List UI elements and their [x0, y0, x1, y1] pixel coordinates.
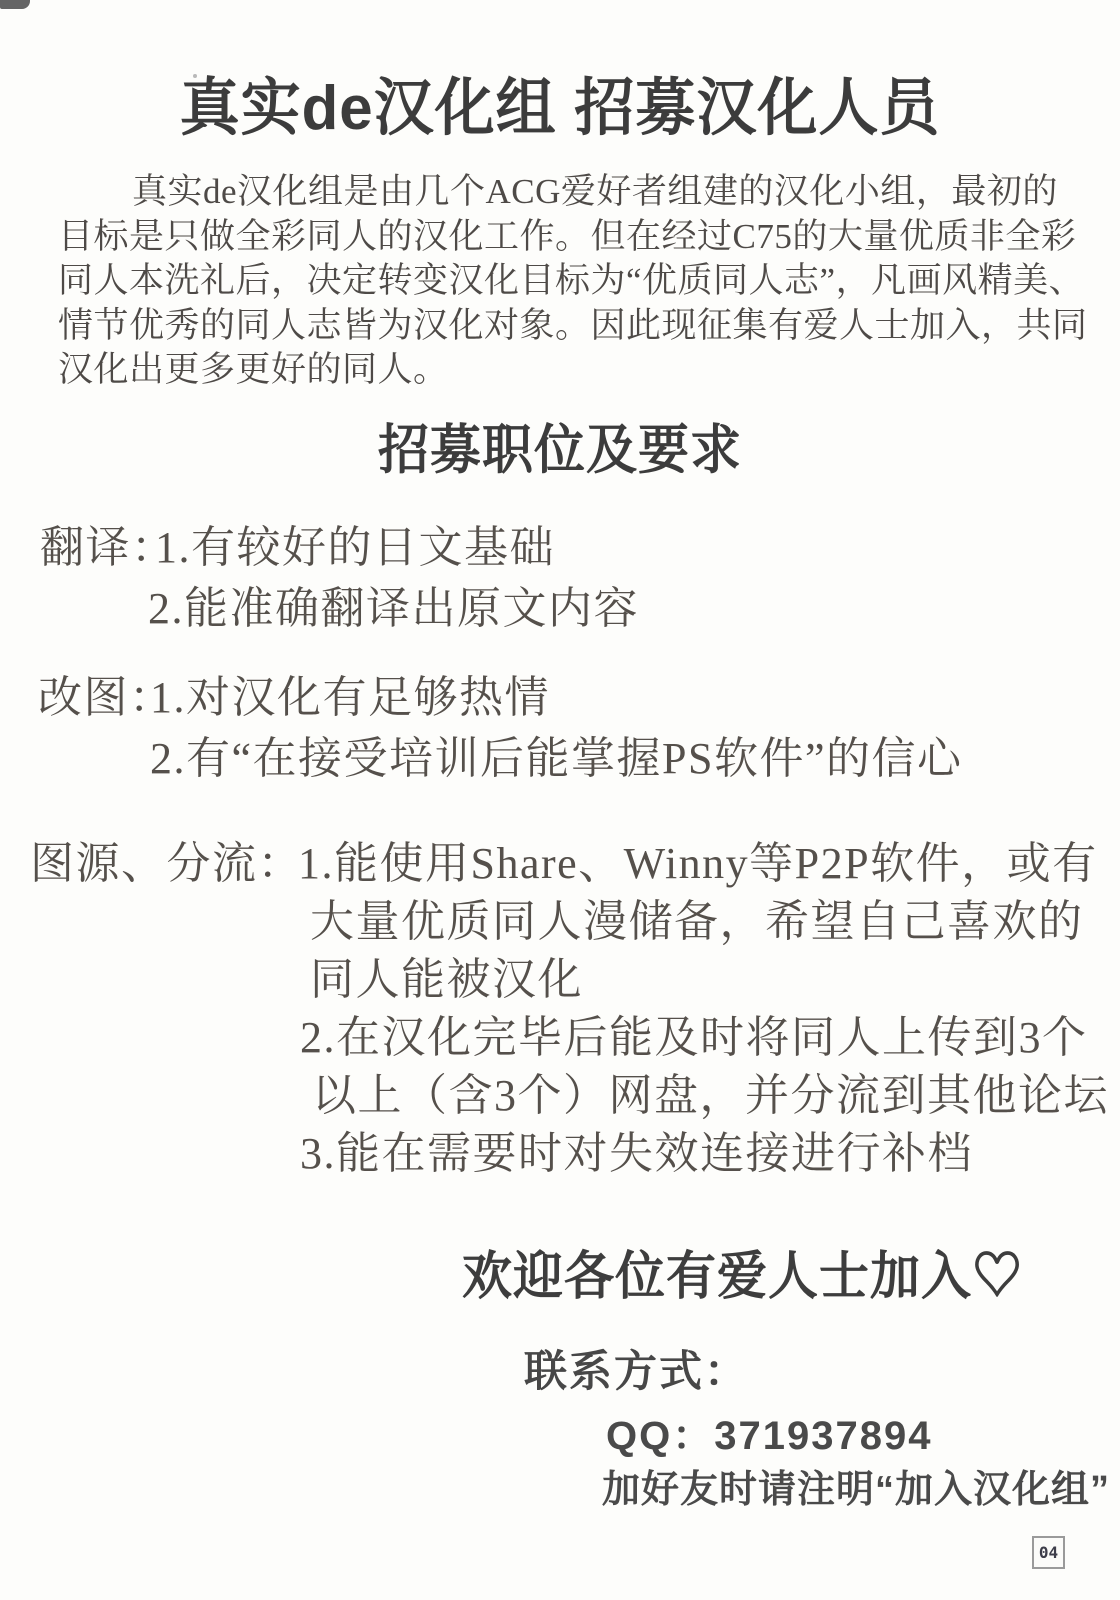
- scan-artifact-smudge: [0, 0, 30, 9]
- intro-line-1: 真实de汉化组是由几个ACG爱好者组建的汉化小组，最初的: [58, 170, 1093, 215]
- role-translator-req-1: 1.有较好的日文基础: [155, 524, 555, 572]
- contact-qq: QQ：371937894: [606, 1404, 932, 1461]
- role-source-req-3: 3.能在需要时对失效连接进行补档: [300, 1130, 973, 1178]
- page-number: 04: [1039, 1543, 1058, 1562]
- contact-note: 加好友时请注明“加入汉化组”: [602, 1458, 1110, 1513]
- scanned-recruitment-page: 真实de汉化组 招募汉化人员 真实de汉化组是由几个ACG爱好者组建的汉化小组，…: [0, 0, 1120, 1600]
- page-title: 真实de汉化组 招募汉化人员: [0, 58, 1120, 147]
- role-translator-req-2: 2.能准确翻译出原文内容: [148, 585, 639, 633]
- intro-line-4: 情节优秀的同人志皆为汉化对象。因此现征集有爱人士加入，共同: [58, 304, 1093, 349]
- role-editor-req-2: 2.有“在接受培训后能掌握PS软件”的信心: [150, 735, 963, 783]
- intro-line-5: 汉化出更多更好的同人。: [58, 348, 1093, 393]
- recruit-heading: 招募职位及要求: [0, 406, 1120, 484]
- intro-paragraph: 真实de汉化组是由几个ACG爱好者组建的汉化小组，最初的 目标是只做全彩同人的汉…: [58, 170, 1093, 393]
- page-number-badge: 04: [1032, 1536, 1065, 1569]
- intro-line-2: 目标是只做全彩同人的汉化工作。但在经过C75的大量优质非全彩: [58, 215, 1093, 260]
- role-source-req-2b: 以上（含3个）网盘，并分流到其他论坛: [312, 1072, 1109, 1120]
- role-source-req-2a: 2.在汉化完毕后能及时将同人上传到3个: [300, 1014, 1088, 1062]
- contact-heading: 联系方式：: [524, 1338, 749, 1399]
- role-source-label: 图源、分流：: [30, 840, 303, 888]
- role-source-req-1b: 大量优质同人漫储备，希望自己喜欢的: [310, 898, 1084, 946]
- intro-line-3: 同人本洗礼后，决定转变汉化目标为“优质同人志”，凡画风精美、: [58, 259, 1093, 304]
- role-source-req-1a: 1.能使用Share、Winny等P2P软件，或有: [298, 840, 1098, 888]
- role-editor-req-1: 1.对汉化有足够热情: [150, 674, 550, 722]
- welcome-line: 欢迎各位有爱人士加入♡: [462, 1235, 1023, 1310]
- role-source-req-1c: 同人能被汉化: [310, 956, 583, 1004]
